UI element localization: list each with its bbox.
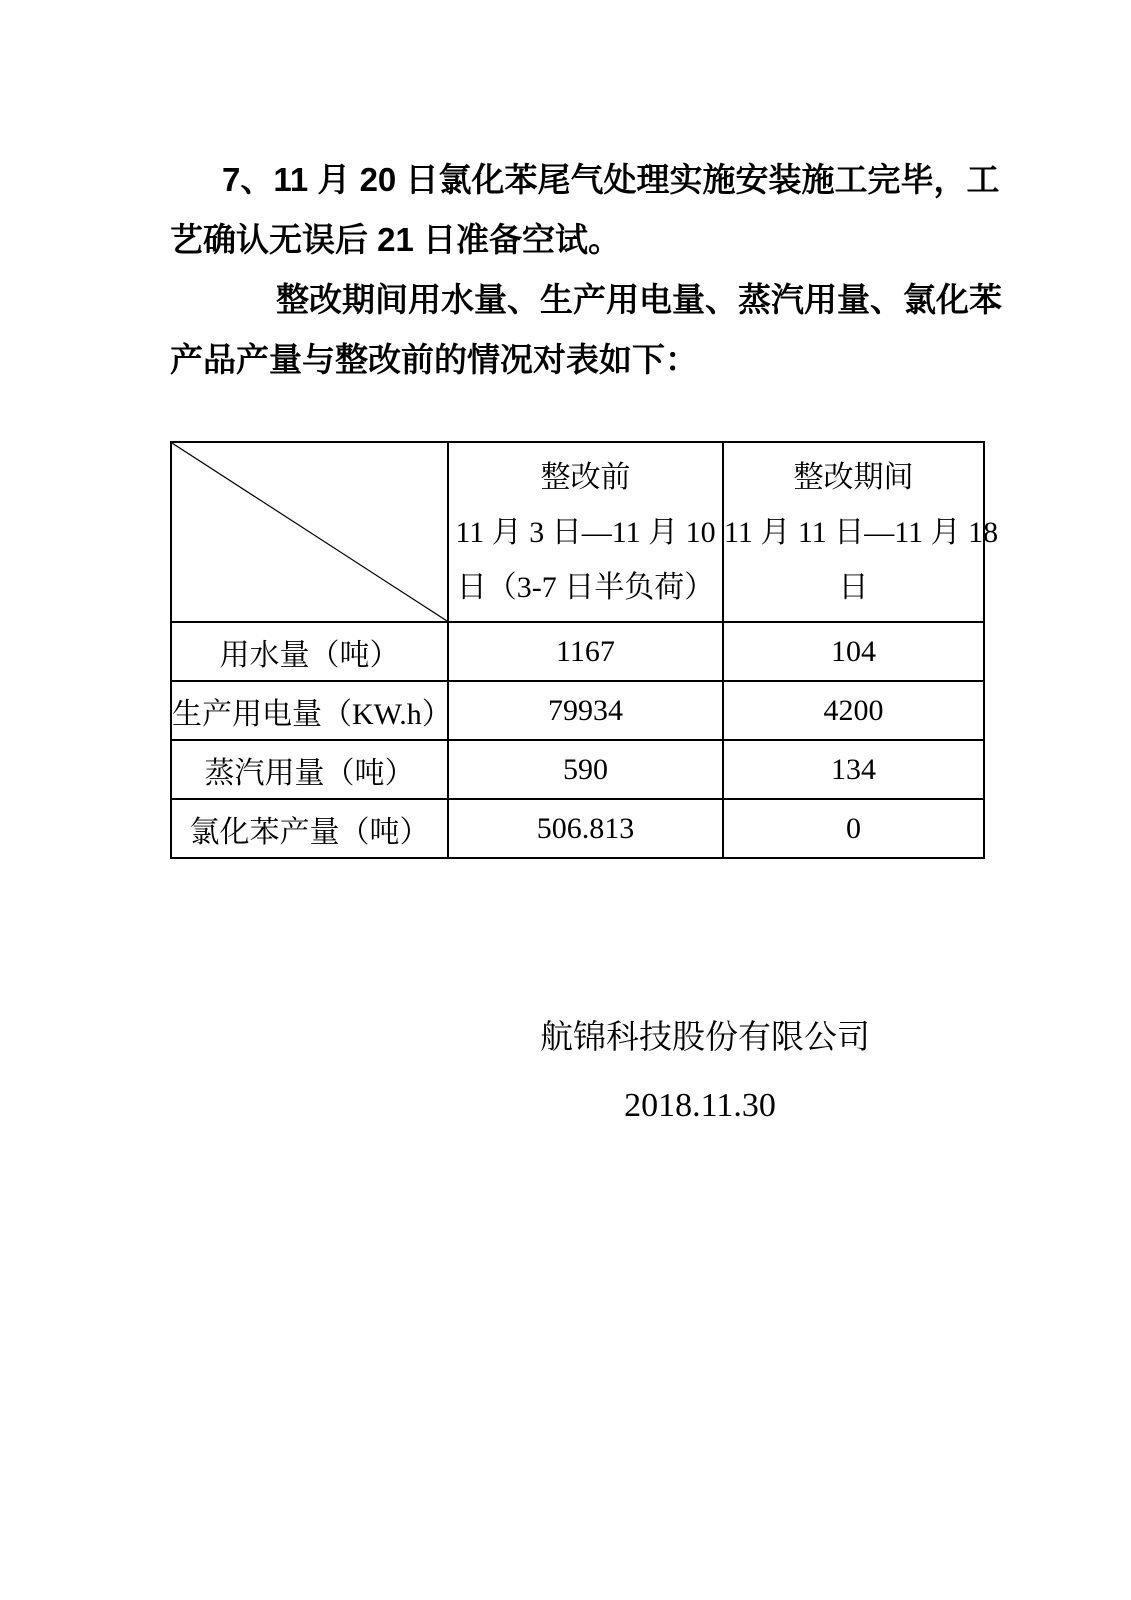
comparison-table: 整改前 11 月 3 日—11 月 10 日（3-7 日半负荷） 整改期间 11… (170, 441, 985, 859)
row-value-during: 134 (723, 740, 984, 799)
header-during-note: 日 (724, 560, 983, 615)
paragraph-1-line-2: 艺确认无误后 21 日准备空试。 (170, 210, 962, 270)
signature-date: 2018.11.30 (438, 1083, 962, 1129)
row-value-during: 4200 (723, 681, 984, 740)
row-label: 氯化苯产量（吨） (171, 799, 448, 858)
row-label: 用水量（吨） (171, 622, 448, 681)
row-label: 蒸汽用量（吨） (171, 740, 448, 799)
table-header-row: 整改前 11 月 3 日—11 月 10 日（3-7 日半负荷） 整改期间 11… (171, 442, 984, 622)
row-value-before: 79934 (448, 681, 723, 740)
table-row-steam: 蒸汽用量（吨） 590 134 (171, 740, 984, 799)
header-during-title: 整改期间 (724, 450, 983, 505)
row-value-before: 1167 (448, 622, 723, 681)
row-value-during: 104 (723, 622, 984, 681)
paragraph-1-line-1: 7、11 月 20 日氯化苯尾气处理实施安装施工完毕，工 (170, 150, 962, 210)
paragraph-2-line-1: 整改期间用水量、生产用电量、蒸汽用量、氯化苯 (170, 270, 962, 330)
diagonal-line (172, 443, 447, 621)
paragraph-1: 7、11 月 20 日氯化苯尾气处理实施安装施工完毕，工 艺确认无误后 21 日… (170, 150, 962, 270)
header-cell-before: 整改前 11 月 3 日—11 月 10 日（3-7 日半负荷） (448, 442, 723, 622)
header-before-note: 日（3-7 日半负荷） (449, 560, 722, 615)
table-corner-cell (171, 442, 448, 622)
row-value-during: 0 (723, 799, 984, 858)
table-row-chlorobenzene: 氯化苯产量（吨） 506.813 0 (171, 799, 984, 858)
row-label: 生产用电量（KW.h） (171, 681, 448, 740)
header-cell-during: 整改期间 11 月 11 日—11 月 18 日 (723, 442, 984, 622)
row-value-before: 506.813 (448, 799, 723, 858)
header-before-title: 整改前 (449, 450, 722, 505)
signature-company-name: 航锦科技股份有限公司 (448, 1015, 962, 1061)
header-during-daterange: 11 月 11 日—11 月 18 (724, 505, 983, 560)
document-page: 7、11 月 20 日氯化苯尾气处理实施安装施工完毕，工 艺确认无误后 21 日… (0, 0, 1131, 1600)
table-row-electricity: 生产用电量（KW.h） 79934 4200 (171, 681, 984, 740)
paragraph-2: 整改期间用水量、生产用电量、蒸汽用量、氯化苯 产品产量与整改前的情况对表如下： (170, 270, 962, 390)
document-content: 7、11 月 20 日氯化苯尾气处理实施安装施工完毕，工 艺确认无误后 21 日… (170, 150, 962, 1129)
paragraph-2-line-2: 产品产量与整改前的情况对表如下： (170, 330, 962, 390)
row-value-before: 590 (448, 740, 723, 799)
table-row-water: 用水量（吨） 1167 104 (171, 622, 984, 681)
header-before-daterange: 11 月 3 日—11 月 10 (449, 505, 722, 560)
